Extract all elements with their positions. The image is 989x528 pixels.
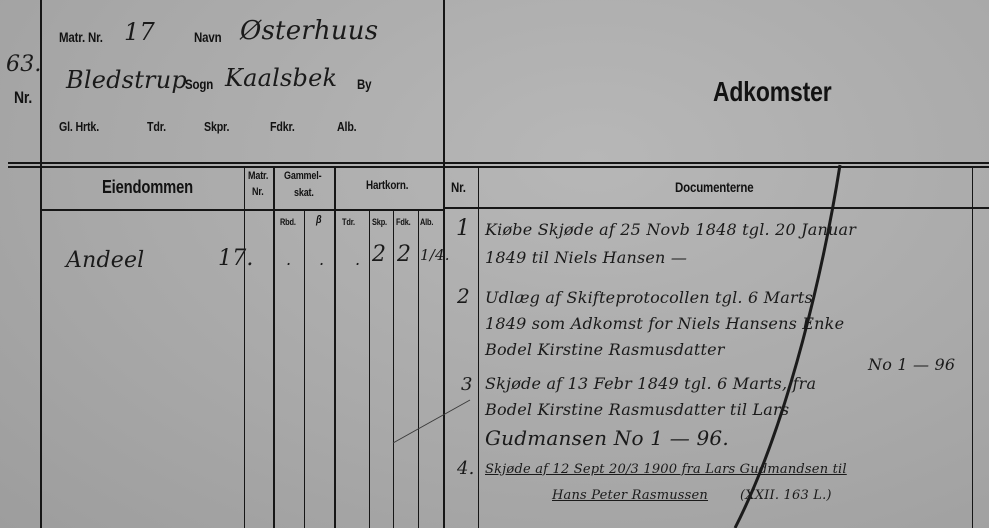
navn-label: Navn <box>194 29 221 45</box>
navn-value: Østerhuus <box>240 16 378 46</box>
tdr-subheader: Tdr. <box>342 217 355 227</box>
skpr-label: Skpr. <box>204 119 229 134</box>
entry-1-line-2: 1849 til Niels Hansen — <box>485 248 687 267</box>
alb-subheader: Alb. <box>420 217 433 227</box>
ledger-page: 63. Nr. Matr. Nr. 17 Navn Østerhuus Bled… <box>0 0 989 528</box>
entry-number: 63. <box>6 52 42 77</box>
entry-2-line-1: Udlæg af Skifteprotocollen tgl. 6 Marts <box>485 288 813 307</box>
eiendommen-header: Eiendommen <box>102 177 193 198</box>
skp-value: 2 <box>372 242 386 267</box>
fdk-value: 2 <box>397 242 411 267</box>
entry-1-line-1: Kiøbe Skjøde af 25 Novb 1848 tgl. 20 Jan… <box>485 220 856 239</box>
entry-3-nr: 3 <box>461 374 473 395</box>
entry-2-nr: 2 <box>457 284 470 308</box>
sogn-label: Sogn <box>185 76 213 92</box>
by-label: By <box>357 76 371 92</box>
alb-label: Alb. <box>337 119 356 134</box>
entry-4-nr: 4. <box>457 458 475 479</box>
sogn-value: Kaalsbek <box>225 64 337 92</box>
gl-hrtk-label: Gl. Hrtk. <box>59 119 99 134</box>
fdk-subheader: Fdk. <box>396 217 411 227</box>
entry-4-line-2: Hans Peter Rasmussen <box>552 488 708 503</box>
margin-nr-label: Nr. <box>14 88 32 108</box>
entry-3-line-1: Skjøde af 13 Febr 1849 tgl. 6 Marts, fra <box>485 374 816 393</box>
matr-nr-value: 17 <box>124 18 155 46</box>
entry-2-line-3: Bodel Kirstine Rasmusdatter <box>485 340 725 359</box>
skilling-value: . <box>319 250 324 269</box>
entry-4-line-3: (XXII. 163 L.) <box>740 488 832 503</box>
matr-nr-header-2: Nr. <box>252 186 264 198</box>
nr-header: Nr. <box>451 179 466 195</box>
gammelskat-header-2: skat. <box>294 187 314 199</box>
fdkr-label: Fdkr. <box>270 119 295 134</box>
skp-subheader: Skp. <box>372 217 387 227</box>
entry-4-line-1: Skjøde af 12 Sept 20/3 1900 fra Lars Gud… <box>485 462 847 477</box>
gammelskat-header-1: Gammel- <box>284 170 321 182</box>
rbd-value: . <box>286 250 291 269</box>
entry-2-line-4: No 1 — 96 <box>868 355 955 374</box>
entry-3-line-2: Bodel Kirstine Rasmusdatter til Lars <box>485 400 789 419</box>
parish-prefix-value: Bledstrup <box>66 66 187 94</box>
matr-nr-cell-value: 17. <box>218 246 254 271</box>
matr-nr-header-1: Matr. <box>248 170 268 182</box>
matr-nr-label: Matr. Nr. <box>59 29 103 45</box>
rbd-subheader: Rbd. <box>280 217 296 227</box>
entry-1-nr: 1 <box>456 216 470 241</box>
entry-2-line-2: 1849 som Adkomst for Niels Hansens Enke <box>485 314 844 333</box>
skilling-subheader: β <box>316 214 321 226</box>
hartkorn-header: Hartkorn. <box>366 178 408 192</box>
documenterne-header: Documenterne <box>675 179 753 195</box>
adkomster-title: Adkomster <box>713 76 831 108</box>
tdr-value: . <box>355 250 360 269</box>
tdr-label: Tdr. <box>147 119 166 134</box>
entry-3-line-3: Gudmansen No 1 — 96. <box>485 426 729 450</box>
eiendommen-value: Andeel <box>66 248 144 273</box>
alb-value: 1/4. <box>420 246 450 264</box>
